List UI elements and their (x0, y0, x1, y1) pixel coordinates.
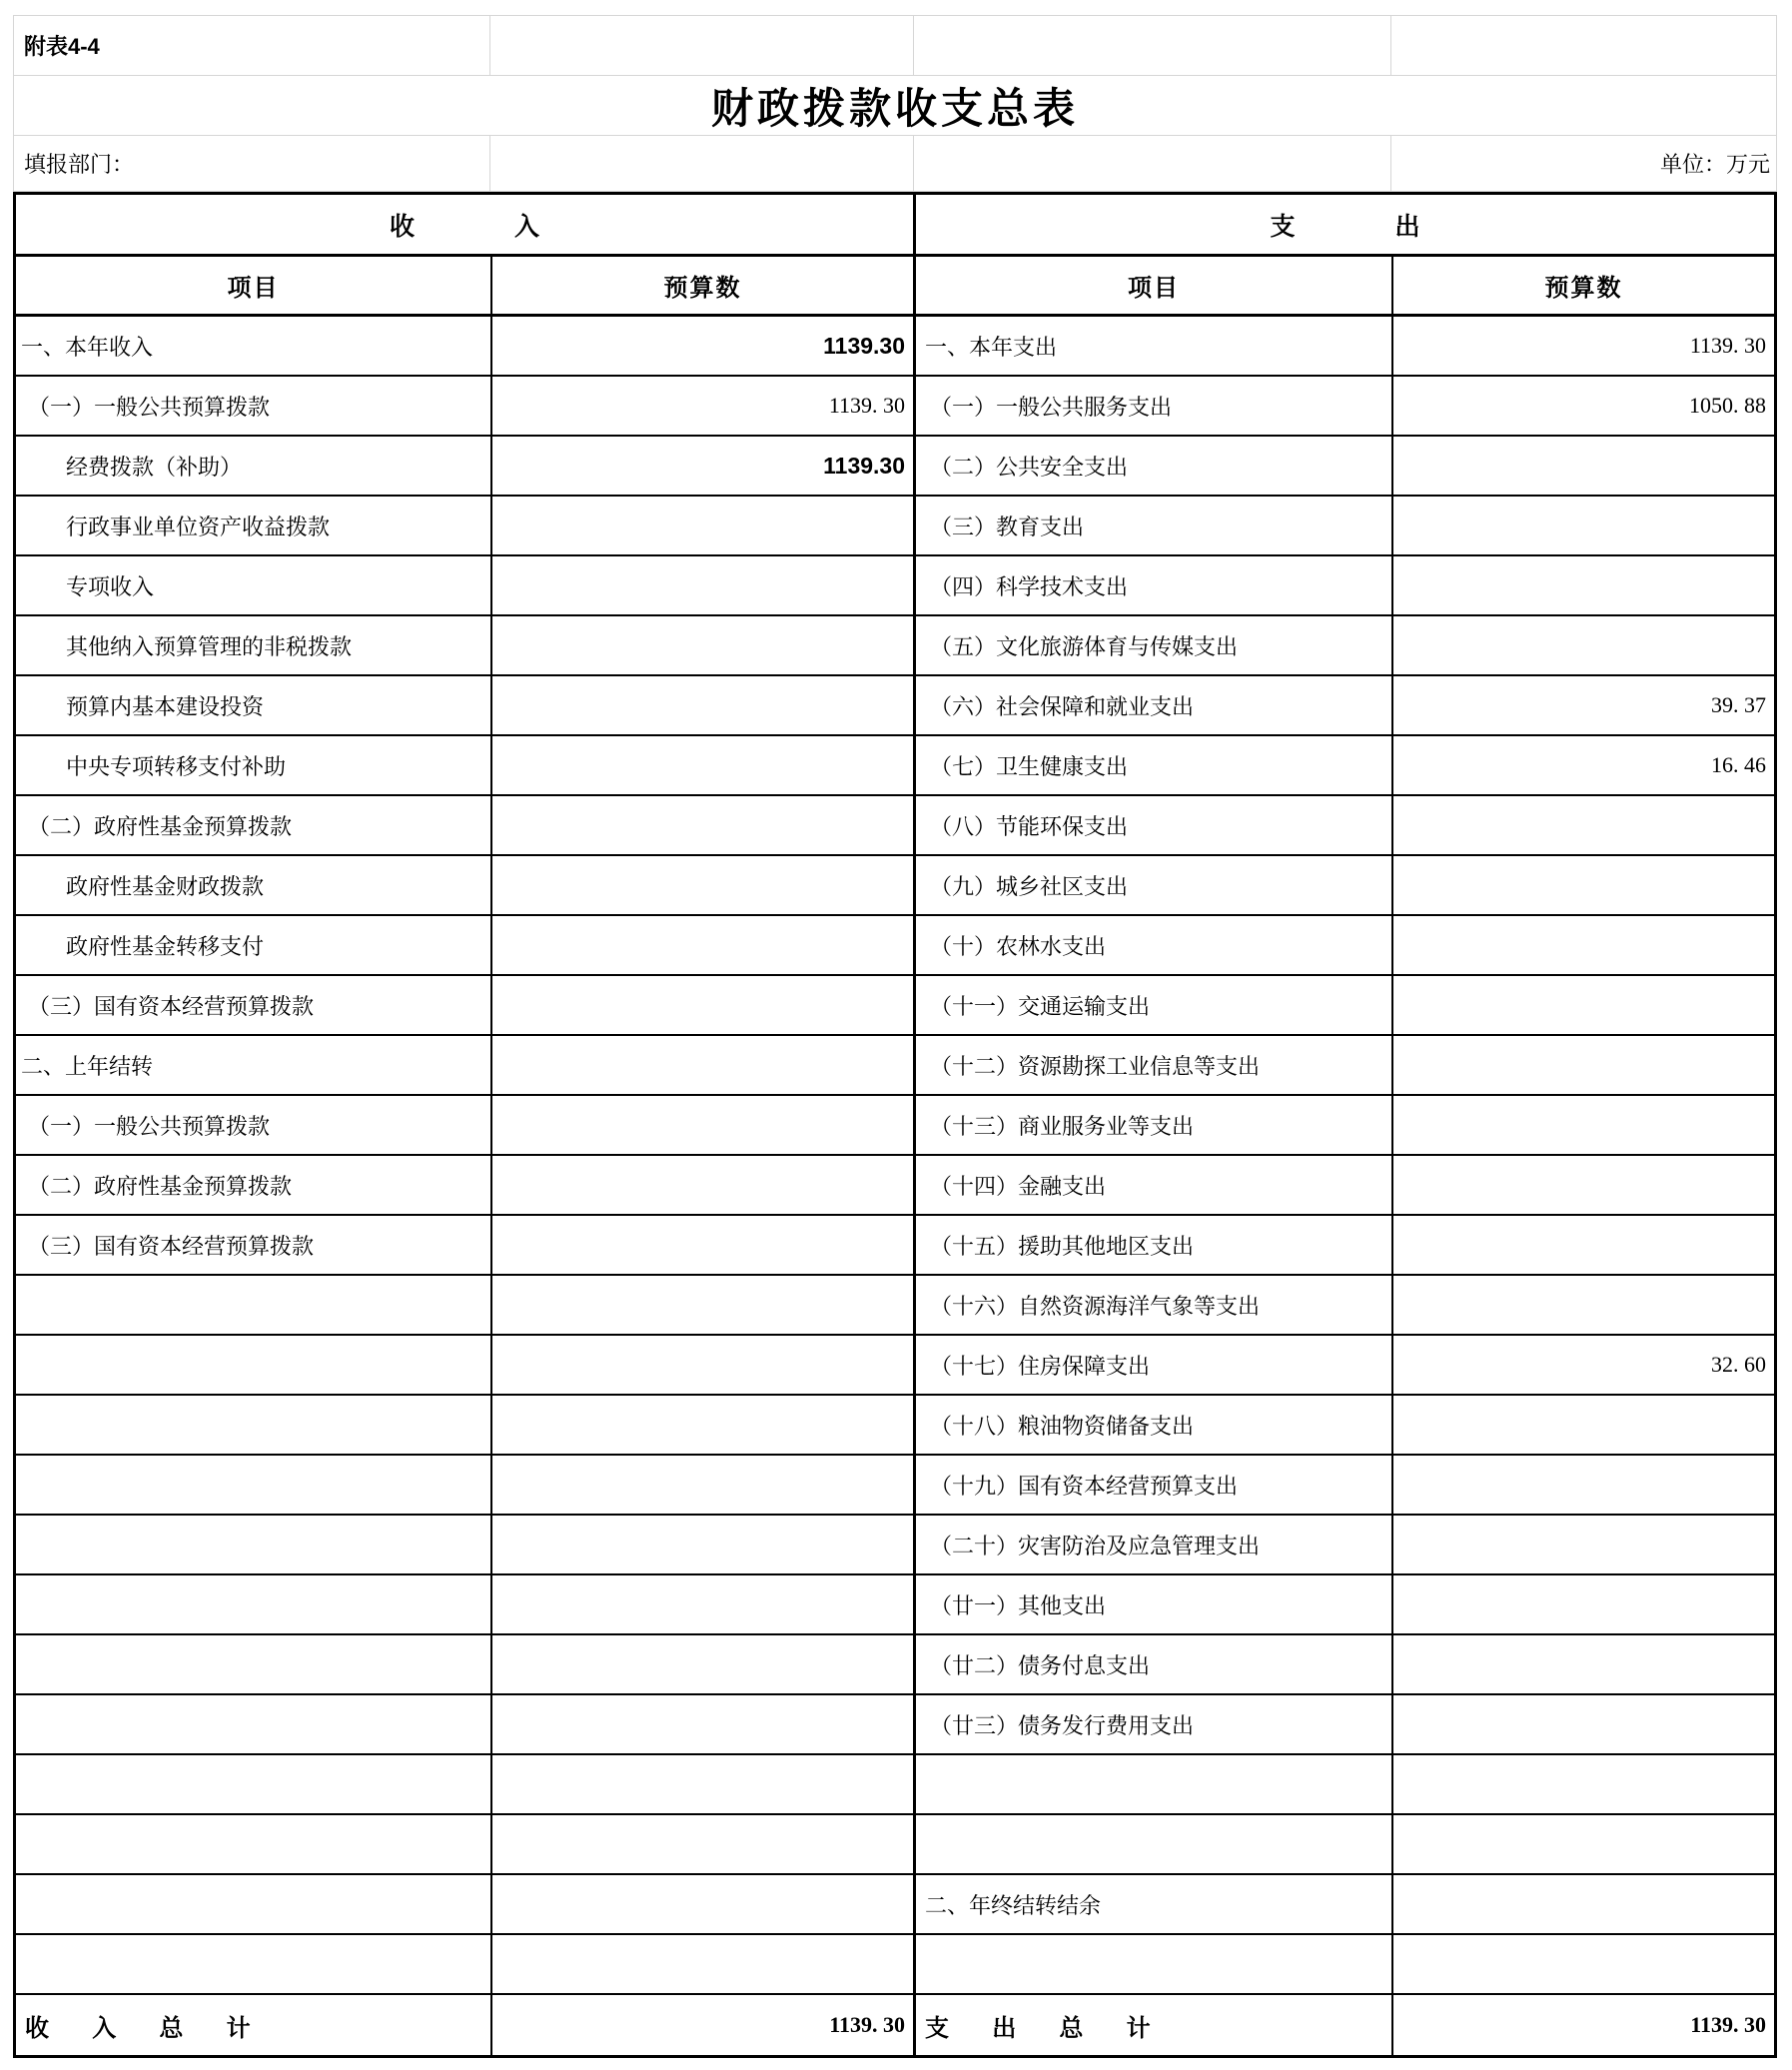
expense-section-header: 支出 (916, 195, 1774, 257)
expense-item-cell: （十）农林水支出 (916, 916, 1393, 976)
expense-item-cell: （十八）粮油物资储备支出 (916, 1396, 1393, 1456)
income-section-header-text: 收入 (390, 207, 639, 243)
expense-budget-cell (1393, 1695, 1774, 1755)
income-budget-cell (492, 616, 916, 676)
income-item-cell (16, 1456, 492, 1516)
income-total-label-cell: 收入总计 (16, 1995, 492, 2055)
income-budget-cell (492, 976, 916, 1036)
income-budget-cell (492, 856, 916, 916)
expense-budget-cell (1393, 497, 1774, 556)
expense-budget-cell (1393, 1456, 1774, 1516)
expense-item-cell: （十九）国有资本经营预算支出 (916, 1456, 1393, 1516)
income-item-cell (16, 1575, 492, 1635)
income-item-cell: （二）政府性基金预算拨款 (16, 796, 492, 856)
expense-item-cell: （五）文化旅游体育与传媒支出 (916, 616, 1393, 676)
expense-item-cell (916, 1935, 1393, 1995)
income-item-cell: 专项收入 (16, 556, 492, 616)
income-budget-cell (492, 1156, 916, 1216)
income-item-cell (16, 1516, 492, 1575)
expense-item-cell: （三）教育支出 (916, 497, 1393, 556)
expense-item-cell: （十二）资源勘探工业信息等支出 (916, 1036, 1393, 1096)
income-item-cell: 行政事业单位资产收益拨款 (16, 497, 492, 556)
income-section-header: 收入 (16, 195, 916, 257)
income-item-cell: 其他纳入预算管理的非税拨款 (16, 616, 492, 676)
income-budget-cell (492, 1815, 916, 1875)
expense-budget-column-header: 预算数 (1393, 257, 1774, 317)
expense-budget-cell (1393, 1276, 1774, 1336)
income-budget-cell (492, 1456, 916, 1516)
expense-item-cell: 二、年终结转结余 (916, 1875, 1393, 1935)
income-budget-cell (492, 916, 916, 976)
dept-field-label: 填报部门： (14, 136, 490, 191)
expense-budget-cell (1393, 1396, 1774, 1456)
expense-total-label: 支出总计 (925, 2008, 1194, 2043)
title-row: 财政拨款收支总表 (14, 76, 1776, 136)
expense-budget-cell (1393, 1516, 1774, 1575)
expense-item-cell: （二十）灾害防治及应急管理支出 (916, 1516, 1393, 1575)
income-item-cell: 经费拨款（补助） (16, 437, 492, 497)
income-budget-cell: 1139. 30 (492, 377, 916, 437)
income-item-cell: （一）一般公共预算拨款 (16, 1096, 492, 1156)
income-item-cell: （三）国有资本经营预算拨款 (16, 1216, 492, 1276)
income-item-cell (16, 1276, 492, 1336)
expense-item-cell: （七）卫生健康支出 (916, 736, 1393, 796)
income-item-cell: 政府性基金财政拨款 (16, 856, 492, 916)
expense-budget-cell (1393, 1036, 1774, 1096)
dept-row-spacer2 (914, 136, 1391, 191)
expense-item-cell: （二）公共安全支出 (916, 437, 1393, 497)
income-item-cell: （二）政府性基金预算拨款 (16, 1156, 492, 1216)
income-item-cell: 中央专项转移支付补助 (16, 736, 492, 796)
income-item-cell (16, 1695, 492, 1755)
page-title: 财政拨款收支总表 (14, 76, 1776, 136)
income-budget-cell (492, 1755, 916, 1815)
expense-item-cell: （十三）商业服务业等支出 (916, 1096, 1393, 1156)
expense-budget-cell (1393, 1216, 1774, 1276)
income-budget-cell (492, 1635, 916, 1695)
income-budget-cell (492, 1336, 916, 1396)
expense-item-cell: （廿一）其他支出 (916, 1575, 1393, 1635)
appendix-row-spacer2 (914, 16, 1391, 75)
expense-item-column-header: 项目 (916, 257, 1393, 317)
income-item-cell (16, 1755, 492, 1815)
income-total-label: 收入总计 (25, 2008, 294, 2043)
expense-item-cell: （六）社会保障和就业支出 (916, 676, 1393, 736)
expense-item-cell (916, 1755, 1393, 1815)
income-budget-cell (492, 1096, 916, 1156)
income-budget-cell (492, 1875, 916, 1935)
income-budget-cell: 1139.30 (492, 437, 916, 497)
appendix-row-spacer1 (490, 16, 914, 75)
expense-item-cell: （十四）金融支出 (916, 1156, 1393, 1216)
dept-row-spacer1 (490, 136, 914, 191)
expense-budget-cell (1393, 437, 1774, 497)
fiscal-summary-table: 收入 支出 项目 预算数 项目 预算数 一、本年收入1139.30一、本年支出1… (13, 192, 1777, 2058)
income-item-cell: 一、本年收入 (16, 317, 492, 377)
expense-budget-cell (1393, 1935, 1774, 1995)
income-item-cell: 二、上年结转 (16, 1036, 492, 1096)
expense-item-cell: （九）城乡社区支出 (916, 856, 1393, 916)
income-item-cell: （一）一般公共预算拨款 (16, 377, 492, 437)
expense-budget-cell (1393, 796, 1774, 856)
income-item-cell (16, 1875, 492, 1935)
income-budget-column-header: 预算数 (492, 257, 916, 317)
income-budget-cell (492, 1935, 916, 1995)
appendix-label: 附表4-4 (14, 16, 490, 75)
appendix-row-spacer3 (1391, 16, 1776, 75)
income-item-cell: 政府性基金转移支付 (16, 916, 492, 976)
income-budget-cell (492, 1516, 916, 1575)
expense-item-cell: （廿三）债务发行费用支出 (916, 1695, 1393, 1755)
expense-budget-cell: 32. 60 (1393, 1336, 1774, 1396)
expense-budget-cell: 39. 37 (1393, 676, 1774, 736)
appendix-row: 附表4-4 (14, 16, 1776, 76)
income-item-cell (16, 1336, 492, 1396)
expense-budget-cell (1393, 556, 1774, 616)
income-budget-cell (492, 796, 916, 856)
income-item-column-header: 项目 (16, 257, 492, 317)
expense-item-cell: （十七）住房保障支出 (916, 1336, 1393, 1396)
expense-budget-cell (1393, 616, 1774, 676)
expense-total-label-cell: 支出总计 (916, 1995, 1393, 2055)
expense-total-value-cell: 1139. 30 (1393, 1995, 1774, 2055)
income-budget-cell (492, 1276, 916, 1336)
unit-label: 单位：万元 (1391, 136, 1776, 191)
expense-budget-cell (1393, 1096, 1774, 1156)
expense-item-cell: （八）节能环保支出 (916, 796, 1393, 856)
income-budget-cell (492, 556, 916, 616)
income-item-cell (16, 1815, 492, 1875)
income-budget-cell (492, 497, 916, 556)
income-budget-cell (492, 1216, 916, 1276)
expense-item-cell: （四）科学技术支出 (916, 556, 1393, 616)
expense-item-cell: （十一）交通运输支出 (916, 976, 1393, 1036)
income-budget-cell (492, 736, 916, 796)
expense-budget-cell: 1139. 30 (1393, 317, 1774, 377)
income-total-value-cell: 1139. 30 (492, 1995, 916, 2055)
income-budget-cell (492, 676, 916, 736)
income-item-cell: 预算内基本建设投资 (16, 676, 492, 736)
income-item-cell (16, 1635, 492, 1695)
expense-section-header-text: 支出 (1270, 207, 1519, 243)
expense-budget-cell (1393, 1635, 1774, 1695)
expense-budget-cell (1393, 1755, 1774, 1815)
expense-item-cell: （十六）自然资源海洋气象等支出 (916, 1276, 1393, 1336)
expense-item-cell: （一）一般公共服务支出 (916, 377, 1393, 437)
income-budget-cell: 1139.30 (492, 317, 916, 377)
expense-budget-cell (1393, 1875, 1774, 1935)
spreadsheet-page: 附表4-4 财政拨款收支总表 填报部门： 单位：万元 收入 支出 项目 预算数 … (0, 0, 1792, 2070)
expense-budget-cell (1393, 916, 1774, 976)
income-budget-cell (492, 1396, 916, 1456)
expense-item-cell: 一、本年支出 (916, 317, 1393, 377)
expense-budget-cell (1393, 856, 1774, 916)
income-item-cell (16, 1935, 492, 1995)
income-item-cell: （三）国有资本经营预算拨款 (16, 976, 492, 1036)
dept-unit-row: 填报部门： 单位：万元 (14, 136, 1776, 191)
income-budget-cell (492, 1036, 916, 1096)
income-budget-cell (492, 1575, 916, 1635)
expense-budget-cell (1393, 1575, 1774, 1635)
income-item-cell (16, 1396, 492, 1456)
expense-budget-cell (1393, 1156, 1774, 1216)
income-budget-cell (492, 1695, 916, 1755)
expense-budget-cell: 16. 46 (1393, 736, 1774, 796)
expense-budget-cell (1393, 1815, 1774, 1875)
expense-item-cell (916, 1815, 1393, 1875)
sheet-header-area: 附表4-4 财政拨款收支总表 填报部门： 单位：万元 (13, 15, 1777, 192)
expense-budget-cell (1393, 976, 1774, 1036)
expense-item-cell: （廿二）债务付息支出 (916, 1635, 1393, 1695)
expense-budget-cell: 1050. 88 (1393, 377, 1774, 437)
expense-item-cell: （十五）援助其他地区支出 (916, 1216, 1393, 1276)
